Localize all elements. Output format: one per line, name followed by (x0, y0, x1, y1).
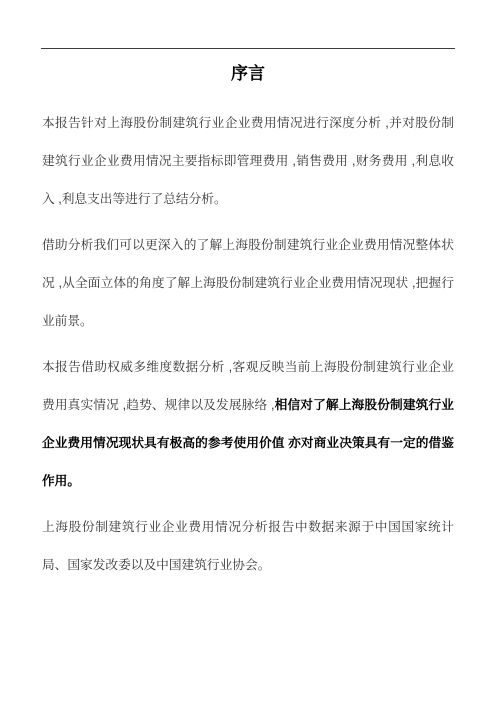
document-page: 序言 本报告针对上海股份制建筑行业企业费用情况进行深度分析 ,并对股份制建筑行业… (0, 0, 496, 701)
header-rule (41, 48, 455, 49)
paragraph-analysis-benefit: 借助分析我们可以更深入的了解上海股份制建筑行业企业费用情况整体状况 ,从全面立体… (42, 226, 454, 340)
document-body: 本报告针对上海股份制建筑行业企业费用情况进行深度分析 ,并对股份制建筑行业企业费… (42, 104, 454, 592)
paragraph-data-analysis: 本报告借助权威多维度数据分析 ,客观反映当前上海股份制建筑行业企业费用真实情况 … (42, 348, 454, 500)
paragraph-data-sources: 上海股份制建筑行业企业费用情况分析报告中数据来源于中国国家统计局、国家发改委以及… (42, 508, 454, 584)
page-title: 序言 (0, 62, 496, 86)
paragraph-overview: 本报告针对上海股份制建筑行业企业费用情况进行深度分析 ,并对股份制建筑行业企业费… (42, 104, 454, 218)
